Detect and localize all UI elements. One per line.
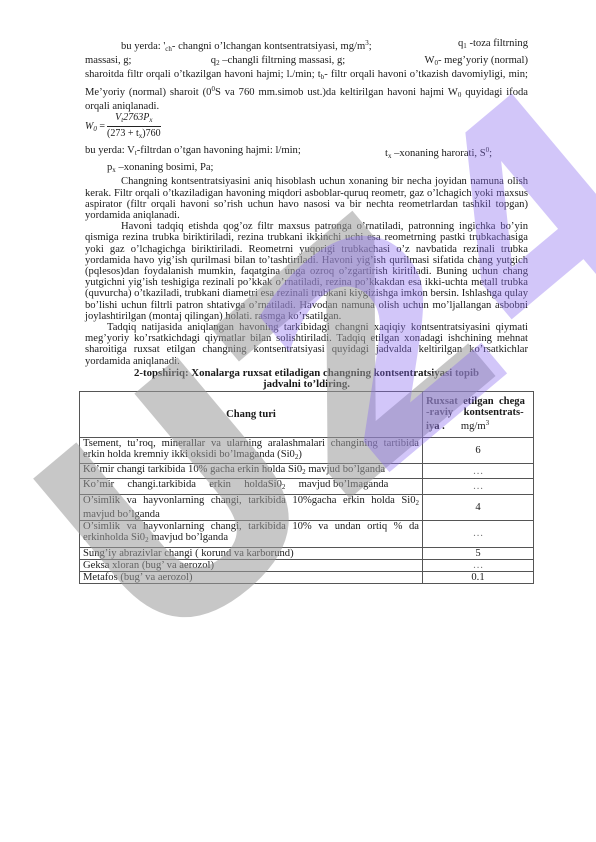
concentration-cell[interactable]: 6 <box>423 437 534 463</box>
dust-type-cell: O’simlik va hayvonlarning changi, tarkib… <box>80 494 423 520</box>
text: 2763P <box>123 112 149 123</box>
table-row: O’simlik va hayvonlarning changi, tarkib… <box>80 494 534 520</box>
text: W <box>424 55 434 66</box>
table-row: Ko’mir changi tarkibida 10% gacha erkin … <box>80 464 534 479</box>
concentration-cell[interactable]: … <box>423 464 534 479</box>
variables-paragraph: bu yerda: Vt-filtrdan o’tgan havoning ha… <box>85 145 528 176</box>
text: ; <box>489 148 492 159</box>
dust-type-cell: Ko’mir changi tarkibida 10% gacha erkin … <box>80 464 423 479</box>
text: sharoitda filtr orqali o’tkazilgan havon… <box>85 69 528 112</box>
text: (273 + t <box>107 128 139 139</box>
text: O’simlik va hayvonlarning changi, tarkib… <box>83 521 419 543</box>
text: S va 760 mm.simob ust.)da keltirilgan ha… <box>215 87 458 98</box>
text: –changli filtrning massasi, g; <box>220 55 346 66</box>
dust-type-cell: Sung’iy abrazivlar changi ( korund va ka… <box>80 547 423 559</box>
text: - meg’yoriy (normal) <box>438 55 528 66</box>
text: –xonaning bosimi, Pa; <box>116 162 214 173</box>
formula-lhs: W0 = <box>85 121 105 135</box>
text: massasi, g; <box>85 55 132 69</box>
formula-fraction: Vt2763Px (273 + tx)760 <box>107 112 161 142</box>
text: Ruxsat etilgan chega <box>426 396 530 407</box>
text: ; <box>369 41 372 52</box>
text: iya . <box>426 421 445 432</box>
text: -toza filtrning <box>467 38 528 49</box>
text: –xonaning harorati, S <box>391 148 485 159</box>
text: sharoitda filtr orqali o’tkazilgan havon… <box>85 69 321 80</box>
text: - changni o’lchangan kontsentratsiyasi, … <box>172 41 365 52</box>
text: Ko’mir changi tarkibida 10% gacha erkin … <box>83 464 302 475</box>
column-header-max-concentration: Ruxsat etilgan chega -raviy kontsentrats… <box>423 391 534 437</box>
text: x <box>149 116 152 124</box>
paragraph-sampling: Changning kontsentratsiyasini aniq hisob… <box>85 176 528 221</box>
text: 3 <box>486 419 490 427</box>
document-body: bu yerda: 'ch- changni o’lchangan kontse… <box>85 38 528 584</box>
text: 2 <box>416 499 420 507</box>
text: mavjud bo’lganda <box>149 532 228 543</box>
text: O’simlik va hayvonlarning changi, tarkib… <box>83 495 416 506</box>
concentration-cell[interactable]: 4 <box>423 494 534 520</box>
task-title-line2: jadvalni to’ldiring. <box>85 379 528 391</box>
table-row: O’simlik va hayvonlarning changi, tarkib… <box>80 521 534 547</box>
concentration-cell[interactable]: 0.1 <box>423 571 534 583</box>
text: -filtrdan o’tgan havoning hajmi: l/min; <box>137 145 301 156</box>
dust-type-cell: Tsement, tu’roq, minerallar va ularning … <box>80 437 423 463</box>
text: bu yerda: <box>121 41 163 52</box>
formula-denominator: (273 + tx)760 <box>107 127 161 142</box>
text: Metafos (bug’ va aerozol) <box>83 572 193 583</box>
concentration-cell[interactable]: 5 <box>423 547 534 559</box>
formula-numerator: Vt2763Px <box>107 112 161 127</box>
column-header-dust-type: Chang turi <box>80 391 423 437</box>
text: -raviy kontsentrats- <box>426 407 530 418</box>
text: Sung’iy abrazivlar changi ( korund va ka… <box>83 548 294 559</box>
dust-type-cell: Metafos (bug’ va aerozol) <box>80 571 423 583</box>
table-row: Sung’iy abrazivlar changi ( korund va ka… <box>80 547 534 559</box>
table-row: Tsement, tu’roq, minerallar va ularning … <box>80 437 534 463</box>
text: ) <box>298 449 302 460</box>
concentration-cell[interactable]: … <box>423 559 534 571</box>
task-title: 2-topshiriq: Xonalarga ruxsat etiladigan… <box>85 368 528 391</box>
text: mavjud bo’lganda <box>83 509 160 520</box>
text: )760 <box>142 128 160 139</box>
text: mg/m <box>445 421 486 432</box>
paragraph-procedure: Havoni tadqiq etishda qog’oz filtr maxsu… <box>85 221 528 322</box>
text: bu yerda: V <box>85 145 135 156</box>
dust-type-cell: O’simlik va hayvonlarning changi, tarkib… <box>80 521 423 547</box>
text: mavjud bo’lmaganda <box>285 479 388 490</box>
paragraph-comparison: Tadqiq natijasida aniqlangan havoning ta… <box>85 322 528 367</box>
text: Ko’mir changi.tarkibida erkin holdaSi0 <box>83 479 282 490</box>
text: ch <box>165 45 172 53</box>
text: = <box>97 121 105 132</box>
volume-formula: W0 = Vt2763Px (273 + tx)760 <box>85 112 528 145</box>
table-row: Geksa xloran (bug’ va aerozol) … <box>80 559 534 571</box>
concentration-cell[interactable]: … <box>423 521 534 547</box>
dust-type-cell: Ko’mir changi.tarkibida erkin holdaSi02 … <box>80 479 423 494</box>
dust-type-cell: Geksa xloran (bug’ va aerozol) <box>80 559 423 571</box>
table-row: Metafos (bug’ va aerozol) 0.1 <box>80 571 534 583</box>
document-page: UZ 24 bu yerda: 'ch- changni o’lchangan … <box>0 0 596 842</box>
concentration-cell[interactable]: … <box>423 479 534 494</box>
text: Tsement, tu’roq, minerallar va ularning … <box>83 438 419 460</box>
table-row: Ko’mir changi.tarkibida erkin holdaSi02 … <box>80 479 534 494</box>
text: Geksa xloran (bug’ va aerozol) <box>83 560 214 571</box>
table-header-row: Chang turi Ruxsat etilgan chega -raviy k… <box>80 391 534 437</box>
dust-concentration-table: Chang turi Ruxsat etilgan chega -raviy k… <box>79 391 534 584</box>
definitions-paragraph: bu yerda: 'ch- changni o’lchangan kontse… <box>85 38 528 112</box>
text: mavjud bo’lganda <box>306 464 385 475</box>
